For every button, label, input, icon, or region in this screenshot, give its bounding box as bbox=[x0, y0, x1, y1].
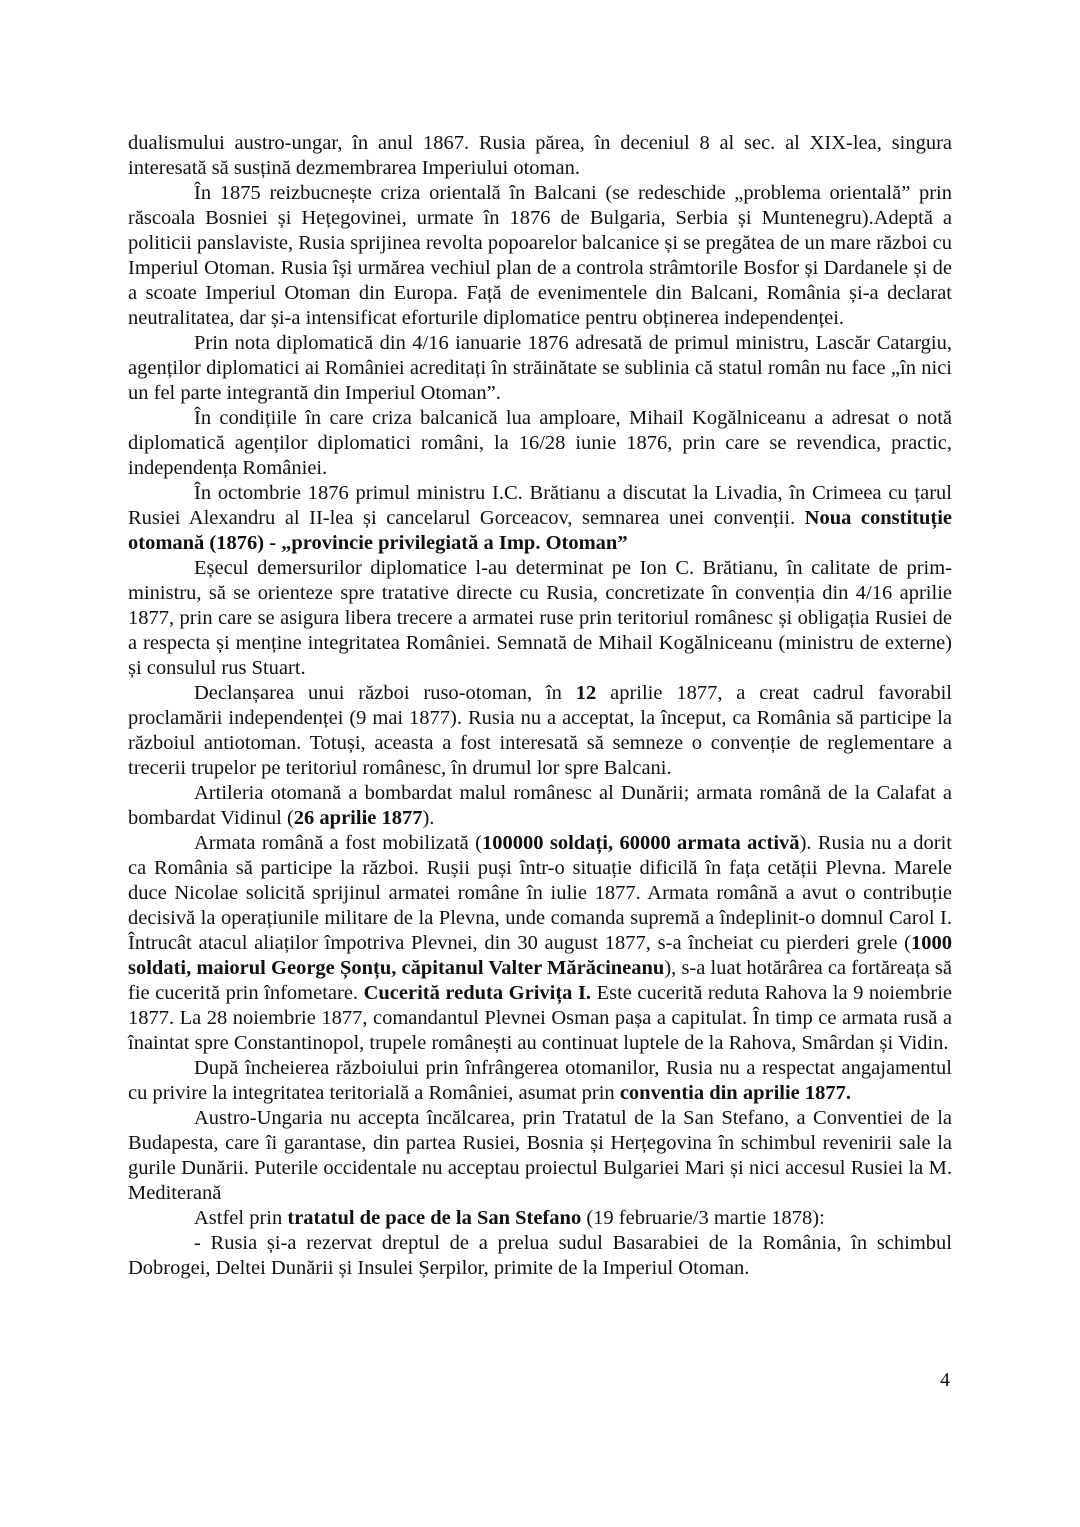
text-run-bold: conventia din aprilie 1877. bbox=[620, 1082, 851, 1104]
text-run: dualismului austro-ungar, în anul 1867. … bbox=[128, 132, 952, 179]
text-run: - Rusia și-a rezervat dreptul de a prelu… bbox=[128, 1232, 952, 1279]
text-run-bold: 12 bbox=[576, 682, 597, 704]
text-run: Astfel prin bbox=[194, 1207, 287, 1229]
paragraph: În octombrie 1876 primul ministru I.C. B… bbox=[128, 481, 952, 556]
paragraph: Austro-Ungaria nu accepta încălcarea, pr… bbox=[128, 1106, 952, 1206]
text-run-bold: tratatul de pace de la San Stefano bbox=[287, 1207, 581, 1229]
paragraph: Astfel prin tratatul de pace de la San S… bbox=[128, 1206, 952, 1231]
text-run: (19 februarie/3 martie 1878): bbox=[581, 1207, 825, 1229]
text-run-bold: 100000 soldați, 60000 armata activă bbox=[482, 832, 800, 854]
text-run: În 1875 reizbucnește criza orientală în … bbox=[128, 182, 952, 329]
paragraph: În 1875 reizbucnește criza orientală în … bbox=[128, 181, 952, 331]
text-run-bold: 26 aprilie 1877 bbox=[294, 807, 423, 829]
paragraph: După încheierea războiului prin înfrânge… bbox=[128, 1056, 952, 1106]
text-run: Prin nota diplomatică din 4/16 ianuarie … bbox=[128, 332, 952, 404]
paragraph: Armata română a fost mobilizată (100000 … bbox=[128, 831, 952, 1056]
text-run: În condițiile în care criza balcanică lu… bbox=[128, 407, 952, 479]
page-number: 4 bbox=[940, 1368, 950, 1392]
paragraph: Eșecul demersurilor diplomatice l-au det… bbox=[128, 556, 952, 681]
document-page: dualismului austro-ungar, în anul 1867. … bbox=[0, 0, 1080, 1527]
text-run: Armata română a fost mobilizată ( bbox=[194, 832, 482, 854]
paragraph: - Rusia și-a rezervat dreptul de a prelu… bbox=[128, 1231, 952, 1281]
paragraph: În condițiile în care criza balcanică lu… bbox=[128, 406, 952, 481]
text-run: Austro-Ungaria nu accepta încălcarea, pr… bbox=[128, 1107, 952, 1204]
text-run: Declanșarea unui război ruso-otoman, în bbox=[194, 682, 576, 704]
paragraph: dualismului austro-ungar, în anul 1867. … bbox=[128, 131, 952, 181]
paragraph: Prin nota diplomatică din 4/16 ianuarie … bbox=[128, 331, 952, 406]
document-body: dualismului austro-ungar, în anul 1867. … bbox=[128, 131, 952, 1281]
paragraph: Artileria otomană a bombardat malul româ… bbox=[128, 781, 952, 831]
text-run: ). bbox=[422, 807, 434, 829]
text-run: Eșecul demersurilor diplomatice l-au det… bbox=[128, 557, 952, 679]
text-run: Artileria otomană a bombardat malul româ… bbox=[128, 782, 952, 829]
paragraph: Declanșarea unui război ruso-otoman, în … bbox=[128, 681, 952, 781]
text-run-bold: Cucerită reduta Grivița I. bbox=[364, 982, 591, 1004]
